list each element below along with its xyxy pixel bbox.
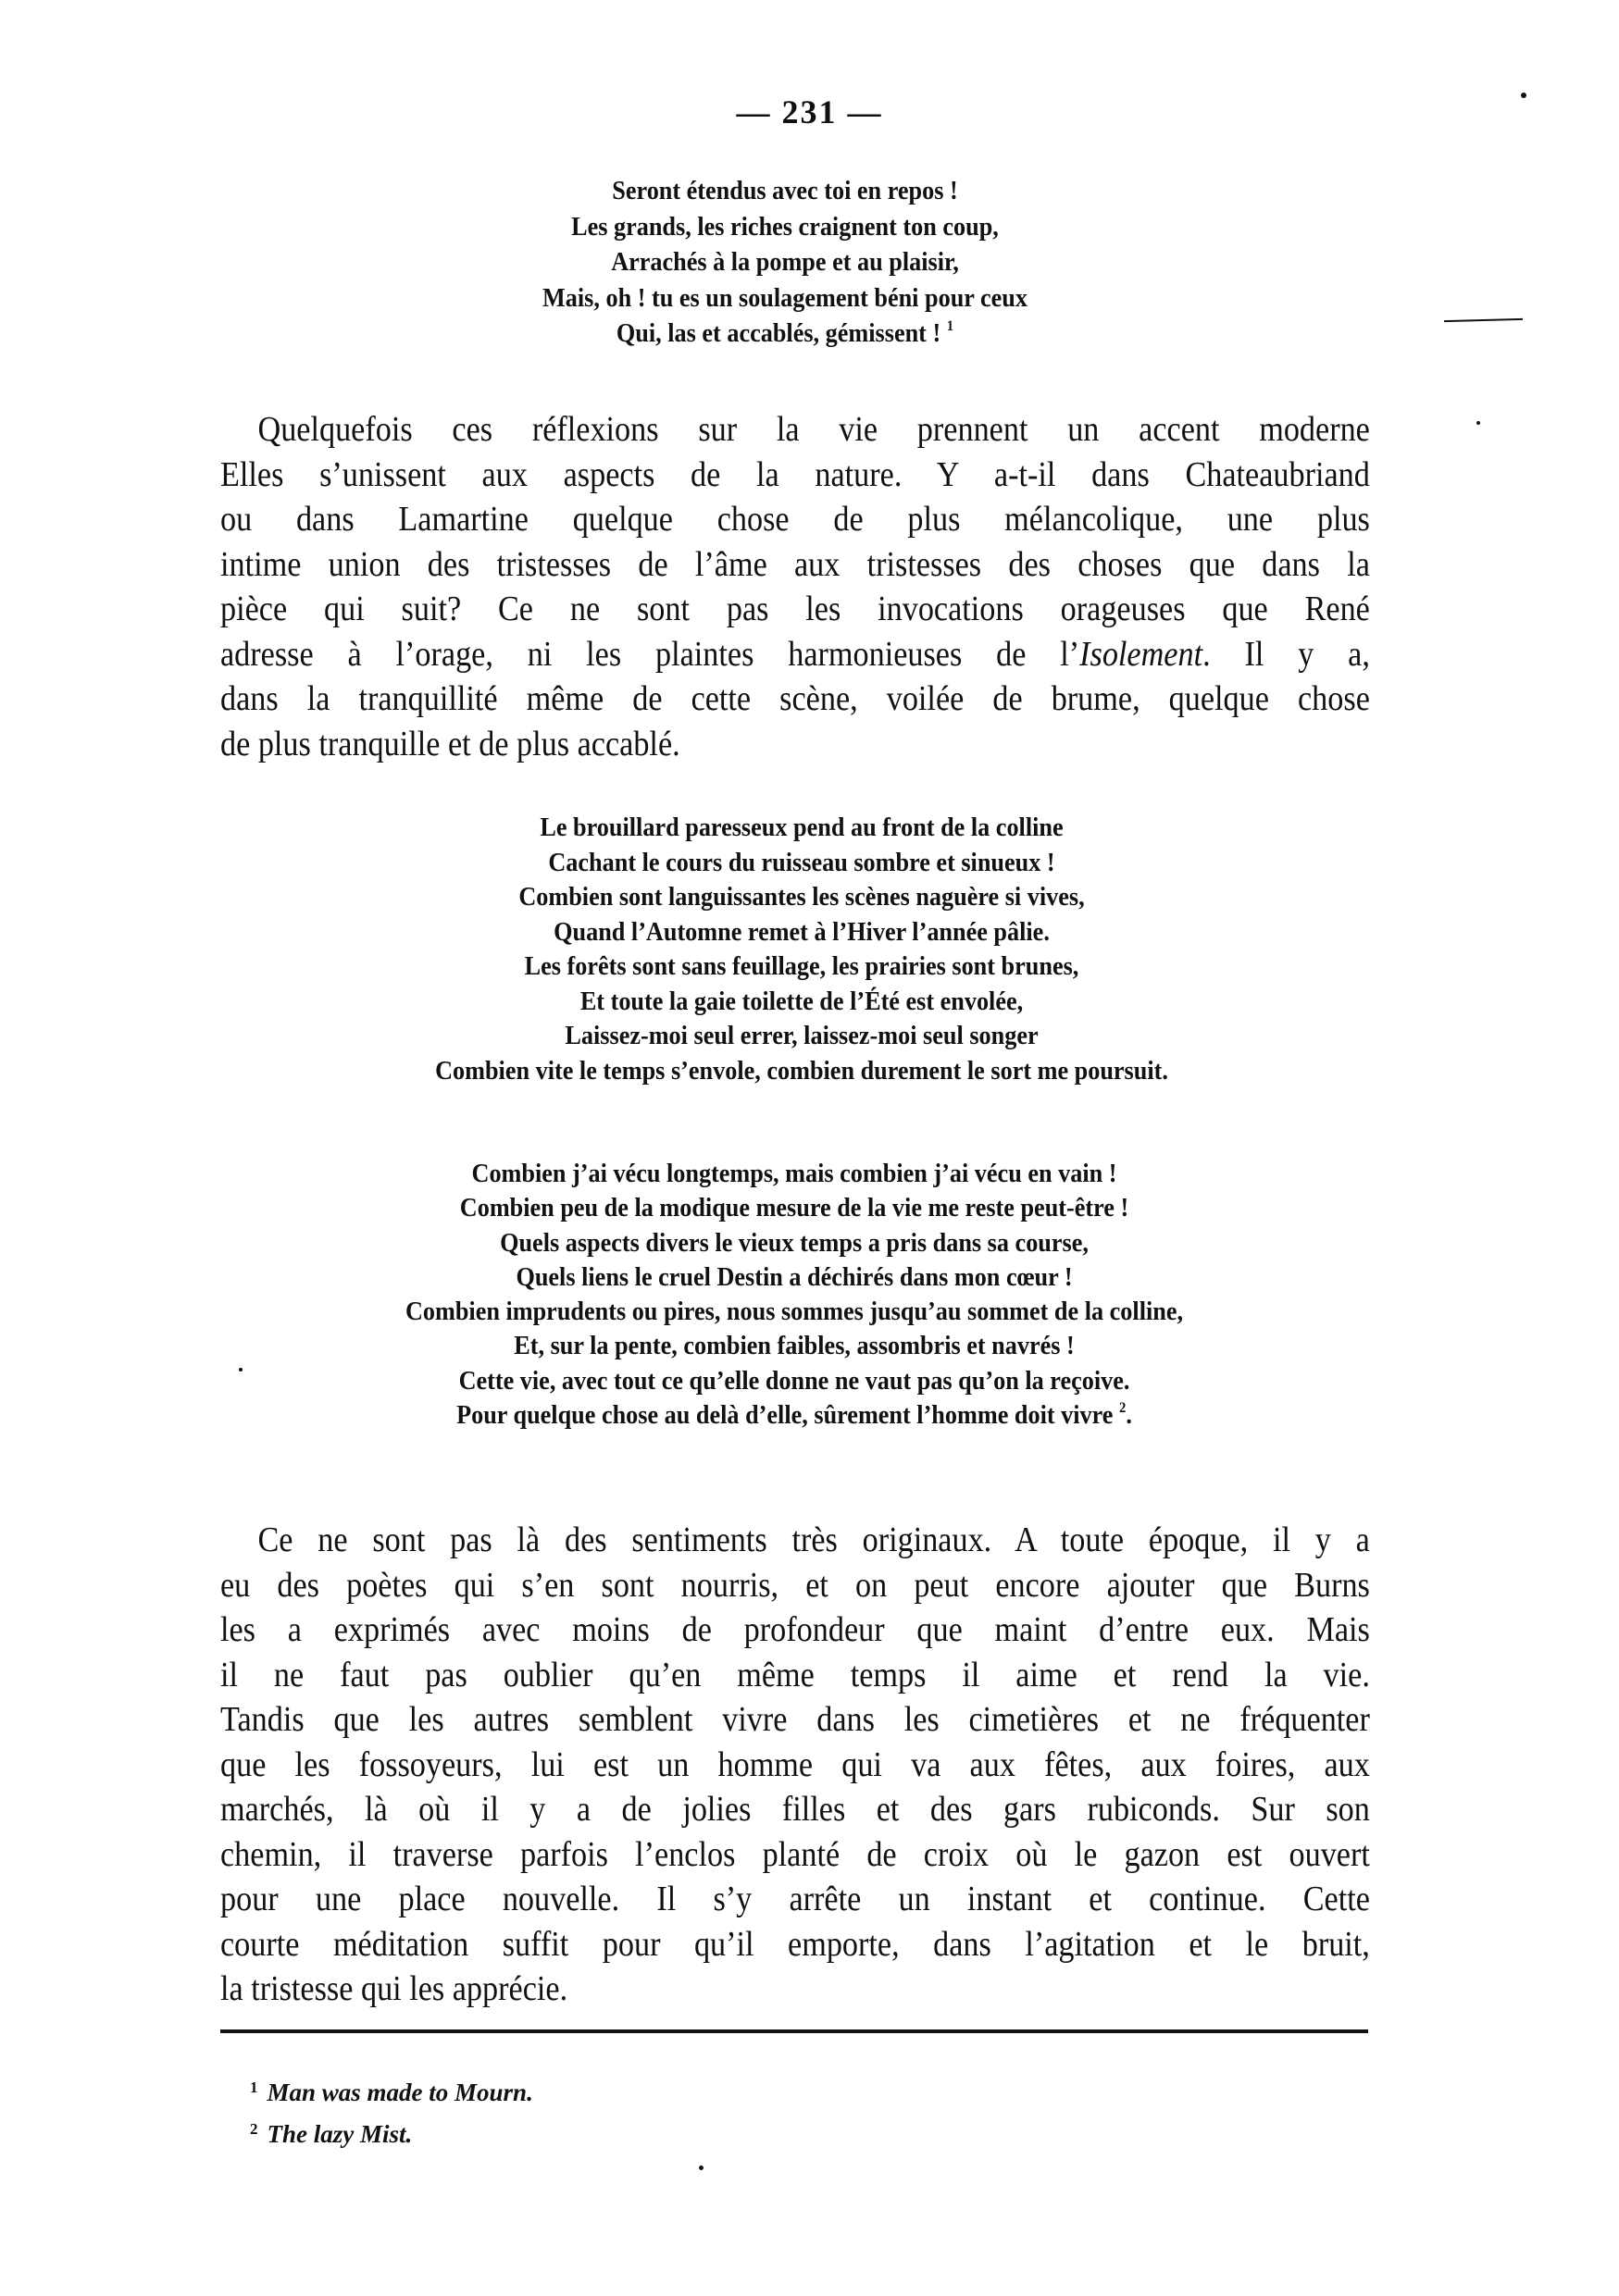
prose-line: que les fossoyeurs, lui est un homme qui… <box>220 1743 1370 1788</box>
verse-line: Combien peu de la modique mesure de la v… <box>267 1191 1323 1225</box>
scan-speck <box>699 2166 704 2170</box>
verse-line: Les forêts sont sans feuillage, les prai… <box>274 949 1330 985</box>
paragraph-1: Quelquefois ces réflexions sur la vie pr… <box>220 407 1370 766</box>
verse-line: Laissez-moi seul errer, laissez-moi seul… <box>274 1019 1330 1054</box>
scan-speck <box>1476 421 1480 425</box>
prose-line: pièce qui suit? Ce ne sont pas les invoc… <box>220 587 1370 632</box>
verse-line: Arrachés à la pompe et au plaisir, <box>257 245 1314 281</box>
work-title-isolement: Isolement <box>1079 635 1202 674</box>
verse-punct: . <box>1126 1401 1132 1430</box>
prose-line: de plus tranquille et de plus accablé. <box>220 722 1370 767</box>
footnote-text: Man was made to Mourn. <box>268 2079 533 2106</box>
scan-speck <box>239 1368 243 1371</box>
footnote-separator-rule <box>220 2029 1368 2033</box>
footnote-2: 2The lazy Mist. <box>250 2111 533 2153</box>
verse-line: Quand l’Automne remet à l’Hiver l’année … <box>274 915 1330 950</box>
verse-line: Quels liens le cruel Destin a déchirés d… <box>267 1260 1323 1295</box>
verse-line: Combien j’ai vécu longtemps, mais combie… <box>267 1157 1323 1191</box>
verse-block-2: Le brouillard paresseux pend au front de… <box>274 811 1330 1088</box>
prose-line: marchés, là où il y a de jolies filles e… <box>220 1787 1370 1832</box>
verse-line: Seront étendus avec toi en repos ! <box>257 174 1314 210</box>
footnote-ref-2[interactable]: 2 <box>1119 1400 1126 1416</box>
verse-line: Pour quelque chose au delà d’elle, sûrem… <box>267 1398 1323 1433</box>
prose-line: Quelquefois ces réflexions sur la vie pr… <box>220 407 1370 453</box>
prose-line: courte méditation suffit pour qu’il empo… <box>220 1922 1370 1967</box>
prose-line: la tristesse qui les apprécie. <box>220 1967 1370 2012</box>
verse-line: Et, sur la pente, combien faibles, assom… <box>267 1329 1323 1363</box>
verse-block-1: Seront étendus avec toi en repos ! Les g… <box>257 174 1314 353</box>
scan-dash <box>1444 318 1523 322</box>
page-number: — 231 — <box>0 93 1619 131</box>
prose-line: chemin, il traverse parfois l’enclos pla… <box>220 1832 1370 1878</box>
verse-line: Et toute la gaie toilette de l’Été est e… <box>274 985 1330 1020</box>
verse-line: Combien sont languissantes les scènes na… <box>274 880 1330 915</box>
verse-block-3: Combien j’ai vécu longtemps, mais combie… <box>267 1157 1323 1433</box>
paragraph-2: Ce ne sont pas là des sentiments très or… <box>220 1518 1370 2012</box>
footnote-1: 1Man was made to Mourn. <box>250 2069 533 2111</box>
verse-line: Cette vie, avec tout ce qu’elle donne ne… <box>267 1364 1323 1398</box>
footnote-number: 1 <box>250 2079 258 2096</box>
prose-line: Elles s’unissent aux aspects de la natur… <box>220 453 1370 498</box>
scan-speck <box>1521 93 1526 98</box>
verse-line: Qui, las et accablés, gémissent ! 1 <box>257 316 1314 353</box>
prose-line: il ne faut pas oublier qu’en même temps … <box>220 1653 1370 1698</box>
prose-line: eu des poètes qui s’en sont nourris, et … <box>220 1563 1370 1608</box>
verse-line-text: Pour quelque chose au delà d’elle, sûrem… <box>456 1401 1113 1430</box>
prose-line: intime union des tristesses de l’âme aux… <box>220 542 1370 588</box>
prose-line: dans la tranquillité même de cette scène… <box>220 676 1370 722</box>
verse-line: Combien vite le temps s’envole, combien … <box>274 1054 1330 1089</box>
verse-line: Le brouillard paresseux pend au front de… <box>274 811 1330 846</box>
verse-line: Quels aspects divers le vieux temps a pr… <box>267 1226 1323 1260</box>
verse-line-text: Qui, las et accablés, gémissent ! <box>616 319 940 348</box>
verse-line: Combien imprudents ou pires, nous sommes… <box>267 1295 1323 1329</box>
verse-line: Les grands, les riches craignent ton cou… <box>257 210 1314 246</box>
footnote-ref-1[interactable]: 1 <box>947 318 953 334</box>
prose-text: . Il y a, <box>1202 635 1370 674</box>
prose-line: les a exprimés avec moins de profondeur … <box>220 1607 1370 1653</box>
footnote-text: The lazy Mist. <box>268 2120 413 2148</box>
verse-line: Mais, oh ! tu es un soulagement béni pou… <box>257 281 1314 317</box>
prose-line: Tandis que les autres semblent vivre dan… <box>220 1697 1370 1743</box>
prose-line: Ce ne sont pas là des sentiments très or… <box>220 1518 1370 1563</box>
prose-text: adresse à l’orage, ni les plaintes harmo… <box>220 635 1079 674</box>
prose-line: ou dans Lamartine quelque chose de plus … <box>220 497 1370 542</box>
footnotes: 1Man was made to Mourn. 2The lazy Mist. <box>250 2069 533 2153</box>
prose-line: pour une place nouvelle. Il s’y arrête u… <box>220 1877 1370 1922</box>
footnote-number: 2 <box>250 2120 258 2138</box>
verse-line: Cachant le cours du ruisseau sombre et s… <box>274 846 1330 881</box>
prose-line: adresse à l’orage, ni les plaintes harmo… <box>220 632 1370 677</box>
